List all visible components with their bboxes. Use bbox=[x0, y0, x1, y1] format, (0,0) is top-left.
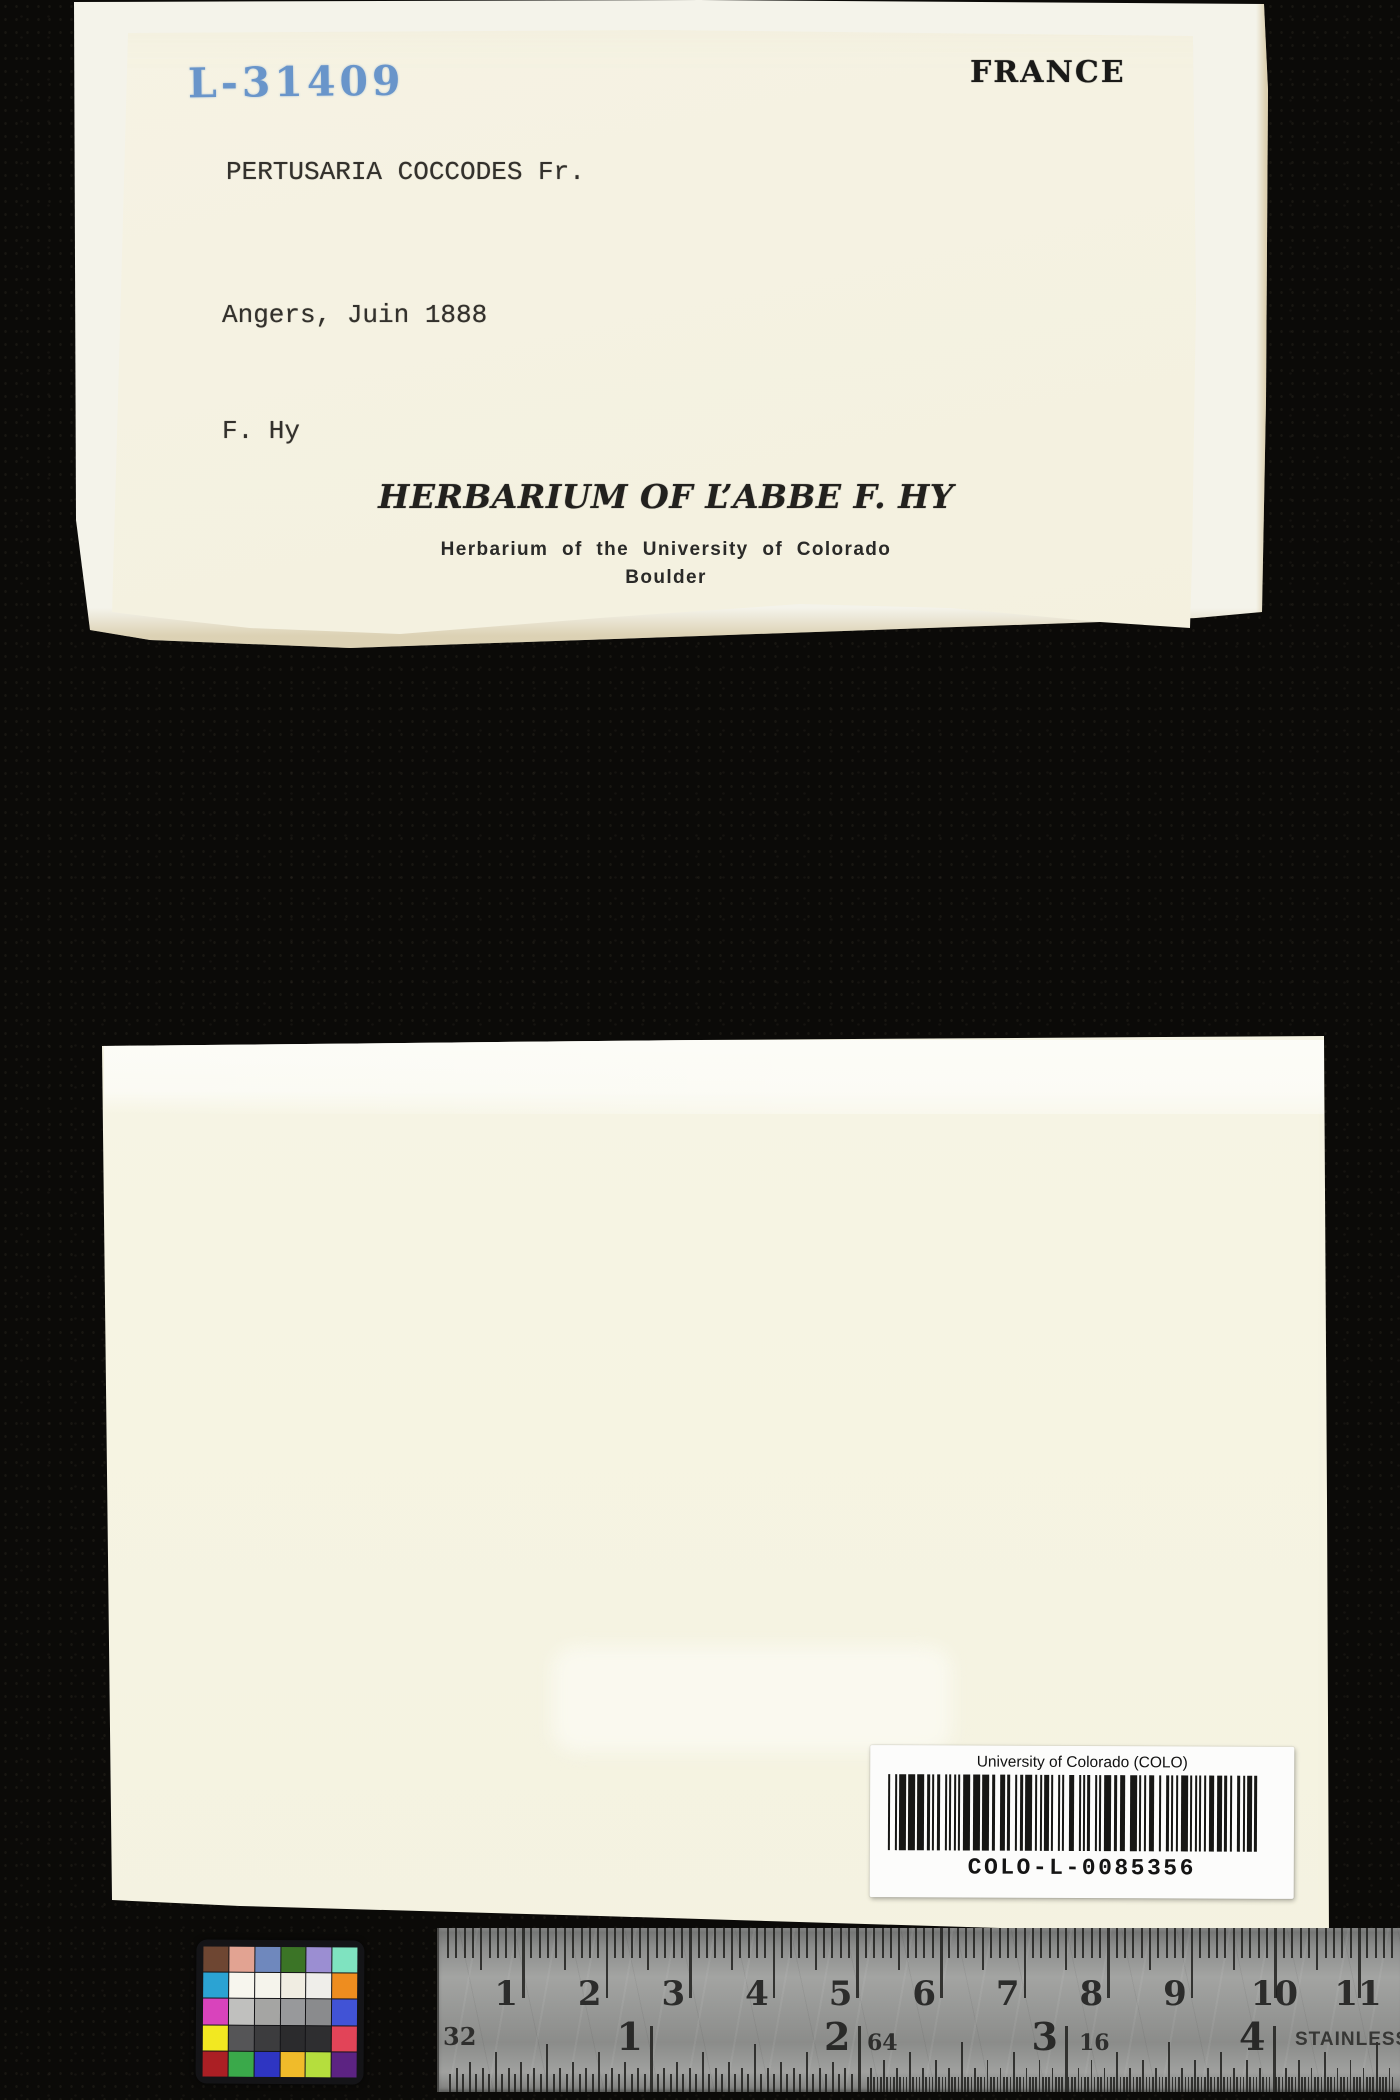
ruler-tick bbox=[514, 2074, 516, 2092]
ruler-tick bbox=[464, 1928, 466, 1958]
ruler-tick bbox=[547, 1928, 549, 1958]
ruler-tick bbox=[1157, 1928, 1159, 1958]
barcode-bar bbox=[1035, 1775, 1037, 1851]
ruler-tick bbox=[932, 1928, 934, 1958]
barcode-bar bbox=[1217, 1776, 1222, 1852]
ruler-tick bbox=[1283, 1928, 1285, 1958]
ruler-tick bbox=[520, 2062, 522, 2092]
ruler-tick bbox=[893, 2077, 895, 2092]
ruler-tick bbox=[929, 2077, 931, 2092]
barcode-bar bbox=[1000, 1775, 1005, 1851]
ruler-tick bbox=[1236, 2077, 1238, 2092]
ruler-tick bbox=[1316, 1928, 1318, 1970]
ruler-tick bbox=[611, 2068, 613, 2092]
barcode-bar bbox=[1243, 1776, 1245, 1852]
color-swatch bbox=[307, 1947, 332, 1972]
ruler-tick bbox=[1258, 1928, 1260, 1958]
accession-number-stamp: L-31409 bbox=[188, 57, 405, 108]
ruler-tick bbox=[890, 1928, 892, 1958]
ruler-tick bbox=[781, 1928, 783, 1958]
barcode-bar bbox=[1040, 1775, 1042, 1851]
ruler-tick bbox=[1191, 2077, 1193, 2092]
color-swatch bbox=[332, 2000, 357, 2025]
ruler-tick bbox=[564, 1928, 566, 1970]
ruler-tick bbox=[938, 2077, 940, 2092]
ruler-tick bbox=[1350, 1928, 1352, 1958]
color-swatch bbox=[280, 2026, 305, 2051]
ruler-tick bbox=[961, 2042, 963, 2092]
species-name: PERTUSARIA COCCODES Fr. bbox=[226, 157, 585, 187]
ruler-tick bbox=[1375, 1928, 1377, 1958]
ruler-tick bbox=[880, 2077, 882, 2092]
barcode-bar bbox=[1120, 1775, 1125, 1851]
ruler-tick bbox=[728, 2062, 730, 2092]
ruler-tick bbox=[873, 2077, 875, 2092]
color-swatch bbox=[306, 1973, 331, 1998]
ruler-tick bbox=[773, 2074, 775, 2092]
ruler-tick bbox=[1091, 2060, 1093, 2092]
barcode-bar bbox=[1195, 1775, 1197, 1851]
ruler-tick bbox=[916, 2077, 918, 2092]
ruler-number-bottom: 2 bbox=[801, 2014, 851, 2059]
ruler-tick bbox=[993, 2077, 995, 2092]
barcode-bar bbox=[899, 1774, 906, 1850]
ruler-tick bbox=[1340, 2077, 1342, 2092]
ruler-tick bbox=[585, 2068, 587, 2092]
ruler-number-bottom: 3 bbox=[1008, 2014, 1058, 2059]
ruler-tick bbox=[656, 1928, 658, 1958]
ruler-tick bbox=[844, 2068, 846, 2092]
ruler-tick bbox=[1149, 1928, 1151, 1970]
ruler-tick bbox=[1133, 2077, 1135, 2092]
color-swatch bbox=[229, 1999, 254, 2024]
barcode-bar bbox=[1224, 1776, 1227, 1852]
barcode-bar bbox=[1247, 1776, 1252, 1852]
ruler-tick bbox=[715, 2068, 717, 2092]
ruler-tick bbox=[1057, 1928, 1059, 1958]
herbarium-specimen-photo: L-31409 FRANCE PERTUSARIA COCCODES Fr. A… bbox=[0, 0, 1400, 2100]
ruler-tick bbox=[1353, 2077, 1355, 2092]
ruler-tick bbox=[747, 2074, 749, 2092]
ruler-tick bbox=[786, 2074, 788, 2092]
ruler-tick bbox=[1039, 2060, 1041, 2092]
ruler-tick bbox=[1347, 2077, 1349, 2092]
ruler-tick bbox=[1120, 2077, 1122, 2092]
ruler-tick bbox=[631, 1928, 633, 1958]
ruler-tick bbox=[1308, 2077, 1310, 2092]
ruler-tick bbox=[501, 2074, 503, 2092]
ruler-tick bbox=[922, 2068, 924, 2092]
color-swatch bbox=[255, 1999, 280, 2024]
ruler-tick bbox=[488, 2074, 490, 2092]
ruler-tick bbox=[489, 1928, 491, 1958]
ruler-tick bbox=[508, 2068, 510, 2092]
ruler-tick bbox=[1104, 2068, 1106, 2092]
ruler-tick bbox=[748, 1928, 750, 1958]
ruler-tick bbox=[793, 2068, 795, 2092]
ruler-tick bbox=[877, 2077, 879, 2092]
ruler-tick bbox=[906, 2077, 908, 2092]
barcode-bar bbox=[1020, 1775, 1023, 1851]
ruler-tick bbox=[865, 1928, 867, 1958]
barcode-bar bbox=[1139, 1775, 1141, 1851]
ruler-tick bbox=[644, 2074, 646, 2092]
ruler-tick bbox=[1078, 2068, 1080, 2092]
ruler-tick bbox=[1337, 2068, 1339, 2092]
ruler-tick bbox=[1023, 2077, 1025, 2092]
barcode-label: University of Colorado (COLO) COLO-L-008… bbox=[870, 1745, 1295, 1899]
ruler-tick bbox=[598, 2052, 600, 2092]
barcode-bar bbox=[1190, 1775, 1192, 1851]
ruler-tick bbox=[1389, 2068, 1391, 2092]
ruler-tick bbox=[964, 2077, 966, 2092]
ruler-tick bbox=[1334, 2077, 1336, 2092]
ruler-tick bbox=[650, 2026, 653, 2092]
ruler-tick bbox=[682, 2074, 684, 2092]
ruler-tick bbox=[1288, 2077, 1290, 2092]
ruler-tick bbox=[756, 1928, 758, 1958]
ruler-tick bbox=[1168, 2042, 1170, 2092]
ruler-tick bbox=[731, 1928, 733, 1970]
barcode-bar bbox=[1130, 1775, 1137, 1851]
ruler-tick bbox=[462, 2074, 464, 2092]
ruler-tick bbox=[1379, 2077, 1381, 2092]
institution-line: Herbarium of the University of Colorado bbox=[328, 539, 1004, 561]
ruler-tick bbox=[1217, 2077, 1219, 2092]
ruler: 12345678910111234326416STAINLESS S bbox=[437, 1928, 1400, 2092]
color-swatch bbox=[203, 1946, 228, 1971]
barcode-bar bbox=[1025, 1775, 1032, 1851]
barcode-bar bbox=[1104, 1775, 1111, 1851]
ruler-tick bbox=[741, 2068, 743, 2092]
ruler-tick bbox=[1317, 2077, 1319, 2092]
ruler-tick bbox=[1074, 1928, 1076, 1958]
ruler-number-top: 10 bbox=[1250, 1974, 1298, 2014]
ruler-tick bbox=[1188, 2077, 1190, 2092]
ruler-tick bbox=[780, 2062, 782, 2092]
ruler-tick bbox=[903, 2077, 905, 2092]
ruler-tick bbox=[1311, 2068, 1313, 2092]
ruler-tick bbox=[1301, 2077, 1303, 2092]
ruler-tick bbox=[907, 1928, 909, 1958]
ruler-tick bbox=[475, 2074, 477, 2092]
ruler-tick bbox=[909, 2052, 911, 2092]
ruler-tick bbox=[1325, 1928, 1327, 1958]
ruler-tick bbox=[495, 2052, 497, 2092]
ruler-tick bbox=[1201, 2077, 1203, 2092]
ruler-tick bbox=[764, 1928, 766, 1958]
ruler-tick bbox=[522, 1928, 525, 1998]
ruler-tick bbox=[721, 2074, 723, 2092]
ruler-scale-label-64: 64 bbox=[867, 2030, 898, 2056]
ruler-tick bbox=[1040, 1928, 1042, 1958]
ruler-tick bbox=[838, 2074, 840, 2092]
barcode-bar bbox=[1176, 1775, 1178, 1851]
ruler-tick bbox=[1300, 1928, 1302, 1958]
collector-name: F. Hy bbox=[222, 416, 300, 446]
ruler-tick bbox=[832, 2062, 834, 2092]
ruler-tick bbox=[840, 1928, 842, 1958]
ruler-tick bbox=[754, 2044, 756, 2092]
ruler-tick bbox=[614, 1928, 616, 1958]
ruler-tick bbox=[1233, 2068, 1235, 2092]
ruler-number-bottom: 1 bbox=[593, 2014, 643, 2059]
barcode-bar bbox=[982, 1775, 989, 1851]
ruler-number-top: 3 bbox=[637, 1974, 685, 2014]
ruler-tick bbox=[1223, 2077, 1225, 2092]
ruler-tick bbox=[1363, 2068, 1365, 2092]
locality-date: Angers, Juin 1888 bbox=[222, 300, 487, 330]
ruler-tick bbox=[723, 1928, 725, 1958]
ruler-tick bbox=[999, 1928, 1001, 1958]
ruler-tick bbox=[1256, 2077, 1258, 2092]
barcode-bar bbox=[1015, 1775, 1017, 1851]
ruler-tick bbox=[1149, 2077, 1151, 2092]
ruler-tick bbox=[806, 2052, 808, 2092]
ruler-tick bbox=[1003, 2077, 1005, 2092]
ruler-tick bbox=[1224, 1928, 1226, 1958]
ruler-tick bbox=[760, 2074, 762, 2092]
ruler-tick bbox=[856, 1928, 859, 1998]
ruler-tick bbox=[663, 2068, 665, 2092]
ruler-tick bbox=[1091, 1928, 1093, 1958]
barcode-number: COLO-L-0085356 bbox=[968, 1855, 1196, 1882]
barcode-bar bbox=[949, 1774, 951, 1850]
color-swatch bbox=[254, 2052, 279, 2077]
ruler-scale-label-32: 32 bbox=[443, 2022, 476, 2051]
barcode-bar bbox=[1044, 1775, 1049, 1851]
ruler-tick bbox=[676, 2062, 678, 2092]
color-swatch bbox=[229, 2025, 254, 2050]
ruler-tick bbox=[1048, 2077, 1050, 2092]
ruler-tick bbox=[1298, 2060, 1300, 2092]
ruler-tick bbox=[681, 1928, 683, 1958]
color-swatch bbox=[255, 1973, 280, 1998]
color-swatch bbox=[332, 2026, 357, 2051]
ruler-tick bbox=[1155, 2068, 1157, 2092]
ruler-tick bbox=[540, 2074, 542, 2092]
ruler-tick bbox=[1304, 2077, 1306, 2092]
ruler-tick bbox=[1210, 2077, 1212, 2092]
ruler-tick bbox=[1065, 1928, 1067, 1970]
ruler-brand-text: STAINLESS S bbox=[1295, 2029, 1400, 2051]
ruler-tick bbox=[605, 2074, 607, 2092]
ruler-tick bbox=[1116, 1928, 1118, 1958]
ruler-tick bbox=[1240, 2077, 1242, 2092]
ruler-number-top: 4 bbox=[721, 1974, 769, 2014]
ruler-tick bbox=[867, 2077, 869, 2092]
barcode-bar bbox=[1149, 1775, 1154, 1851]
ruler-tick bbox=[1216, 1928, 1218, 1958]
color-swatch bbox=[203, 1973, 228, 1998]
barcode-bar bbox=[927, 1774, 930, 1850]
ruler-tick bbox=[1262, 2077, 1264, 2092]
ruler-tick bbox=[533, 2068, 535, 2092]
barcode-bar bbox=[908, 1774, 915, 1850]
ruler-tick bbox=[1035, 2077, 1037, 2092]
color-swatch bbox=[281, 1973, 306, 1998]
ruler-tick bbox=[1175, 2077, 1177, 2092]
barcode-bar bbox=[1209, 1776, 1214, 1852]
ruler-tick bbox=[1275, 2077, 1277, 2092]
ruler-tick bbox=[812, 2074, 814, 2092]
ruler-tick bbox=[622, 1928, 624, 1958]
ruler-tick bbox=[883, 2060, 885, 2092]
ruler-tick bbox=[1266, 1928, 1268, 1958]
ruler-tick bbox=[984, 2077, 986, 2092]
ruler-tick bbox=[915, 1928, 917, 1958]
ruler-number-top: 9 bbox=[1139, 1974, 1187, 2014]
ruler-tick bbox=[1052, 2068, 1054, 2092]
ruler-tick bbox=[1162, 2077, 1164, 2092]
ruler-tick bbox=[1207, 2068, 1209, 2092]
ruler-tick bbox=[647, 1928, 649, 1970]
ruler-tick bbox=[734, 2074, 736, 2092]
ruler-tick bbox=[1269, 2077, 1271, 2092]
color-swatch bbox=[306, 2052, 331, 2077]
ruler-tick bbox=[1220, 2052, 1222, 2092]
ruler-tick bbox=[698, 1928, 700, 1958]
color-swatch bbox=[229, 1973, 254, 1998]
ruler-scale-label-16: 16 bbox=[1079, 2030, 1110, 2056]
ruler-tick bbox=[1113, 2077, 1115, 2092]
ruler-tick bbox=[973, 1928, 975, 1958]
ruler-tick bbox=[1366, 2077, 1368, 2092]
ruler-tick bbox=[1107, 1928, 1110, 1998]
ruler-tick bbox=[1321, 2077, 1323, 2092]
ruler-tick bbox=[898, 1928, 900, 1970]
ruler-tick bbox=[1350, 2060, 1352, 2092]
ruler-tick bbox=[1146, 2077, 1148, 2092]
ruler-tick bbox=[1049, 1928, 1051, 1958]
ruler-tick bbox=[1061, 2077, 1063, 2092]
ruler-tick bbox=[1356, 2077, 1358, 2092]
ruler-tick bbox=[896, 2068, 898, 2092]
ruler-tick bbox=[815, 1928, 817, 1970]
ruler-tick bbox=[823, 1928, 825, 1958]
ruler-tick bbox=[767, 2068, 769, 2092]
ruler-tick bbox=[958, 2077, 960, 2092]
ruler-tick bbox=[1032, 1928, 1034, 1958]
ruler-tick bbox=[819, 2068, 821, 2092]
ruler-tick bbox=[1015, 1928, 1017, 1958]
ruler-tick bbox=[1068, 2077, 1070, 2092]
ruler-tick bbox=[1181, 2068, 1183, 2092]
ruler-tick bbox=[990, 1928, 992, 1958]
ruler-tick bbox=[1266, 2077, 1268, 2092]
ruler-tick bbox=[825, 2074, 827, 2092]
ruler-tick bbox=[1382, 2077, 1384, 2092]
ruler-tick bbox=[957, 1928, 959, 1958]
ruler-tick bbox=[1295, 2077, 1297, 2092]
ruler-tick bbox=[1087, 2077, 1089, 2092]
ruler-tick bbox=[497, 1928, 499, 1958]
color-swatch bbox=[306, 2026, 331, 2051]
ruler-number-top: 11 bbox=[1334, 1974, 1382, 2014]
ruler-tick bbox=[1166, 1928, 1168, 1958]
ruler-tick bbox=[1327, 2077, 1329, 2092]
ruler-tick bbox=[923, 1928, 925, 1958]
ruler-tick bbox=[974, 2068, 976, 2092]
ruler-tick bbox=[480, 1928, 482, 1970]
ruler-tick bbox=[965, 1928, 967, 1958]
ruler-tick bbox=[1107, 2077, 1109, 2092]
ruler-tick bbox=[527, 2074, 529, 2092]
ruler-tick bbox=[851, 2074, 853, 2092]
ruler-tick bbox=[912, 2077, 914, 2092]
color-swatch bbox=[332, 1947, 357, 1972]
ruler-tick bbox=[706, 1928, 708, 1958]
ruler-tick bbox=[1253, 2077, 1255, 2092]
ruler-tick bbox=[456, 2068, 458, 2092]
ruler-tick bbox=[1259, 2068, 1261, 2092]
ruler-tick bbox=[1082, 1928, 1084, 1958]
barcode-bar bbox=[945, 1774, 947, 1850]
barcode-bar bbox=[992, 1775, 995, 1851]
color-swatch bbox=[228, 2051, 253, 2076]
swatch-grid bbox=[203, 1946, 358, 2077]
ruler-number-top: 2 bbox=[554, 1974, 602, 2014]
ruler-tick bbox=[714, 1928, 716, 1958]
ruler-tick bbox=[579, 2074, 581, 2092]
ruler-tick bbox=[870, 2068, 872, 2092]
barcode-bar bbox=[1051, 1775, 1053, 1851]
color-swatch bbox=[280, 1999, 305, 2024]
ruler-tick bbox=[925, 2077, 927, 2092]
ruler-tick bbox=[1204, 2077, 1206, 2092]
ruler-tick bbox=[1385, 2077, 1387, 2092]
color-swatch bbox=[203, 2051, 228, 2076]
country-stamp: FRANCE bbox=[970, 55, 1126, 90]
ruler-tick bbox=[935, 2060, 937, 2092]
ruler-tick bbox=[990, 2077, 992, 2092]
ruler-tick bbox=[1341, 1928, 1343, 1958]
ruler-tick bbox=[482, 2068, 484, 2092]
ruler-tick bbox=[1227, 2077, 1229, 2092]
ruler-tick bbox=[530, 1928, 532, 1958]
ruler-tick bbox=[954, 2077, 956, 2092]
ruler-tick bbox=[948, 1928, 950, 1958]
ruler-tick bbox=[790, 1928, 792, 1958]
ruler-tick bbox=[1132, 1928, 1134, 1958]
ruler-tick bbox=[1097, 2077, 1099, 2092]
ruler-tick bbox=[673, 1928, 675, 1958]
ruler-tick bbox=[689, 1928, 692, 1998]
ruler-tick bbox=[1230, 2077, 1232, 2092]
barcode-title: University of Colorado (COLO) bbox=[977, 1754, 1188, 1773]
ruler-tick bbox=[1165, 2077, 1167, 2092]
ruler-tick bbox=[1141, 1928, 1143, 1958]
color-swatch bbox=[203, 2025, 228, 2050]
ruler-tick bbox=[1029, 2077, 1031, 2092]
ruler-tick bbox=[773, 1928, 776, 1998]
ruler-tick bbox=[589, 1928, 591, 1958]
show-through-mark bbox=[552, 1646, 952, 1752]
ruler-tick bbox=[555, 1928, 557, 1958]
ruler-tick bbox=[449, 2074, 451, 2092]
ruler-tick bbox=[1126, 2077, 1128, 2092]
ruler-tick bbox=[1214, 2077, 1216, 2092]
ruler-tick bbox=[1124, 1928, 1126, 1958]
color-swatch bbox=[254, 2025, 279, 2050]
barcode-bar bbox=[1007, 1775, 1010, 1851]
ruler-tick bbox=[971, 2077, 973, 2092]
ruler-tick bbox=[472, 1928, 474, 1958]
barcode-bar bbox=[1099, 1775, 1101, 1851]
ruler-tick bbox=[624, 2062, 626, 2092]
ruler-tick bbox=[1383, 1928, 1385, 1958]
ruler-tick bbox=[505, 1928, 507, 1958]
